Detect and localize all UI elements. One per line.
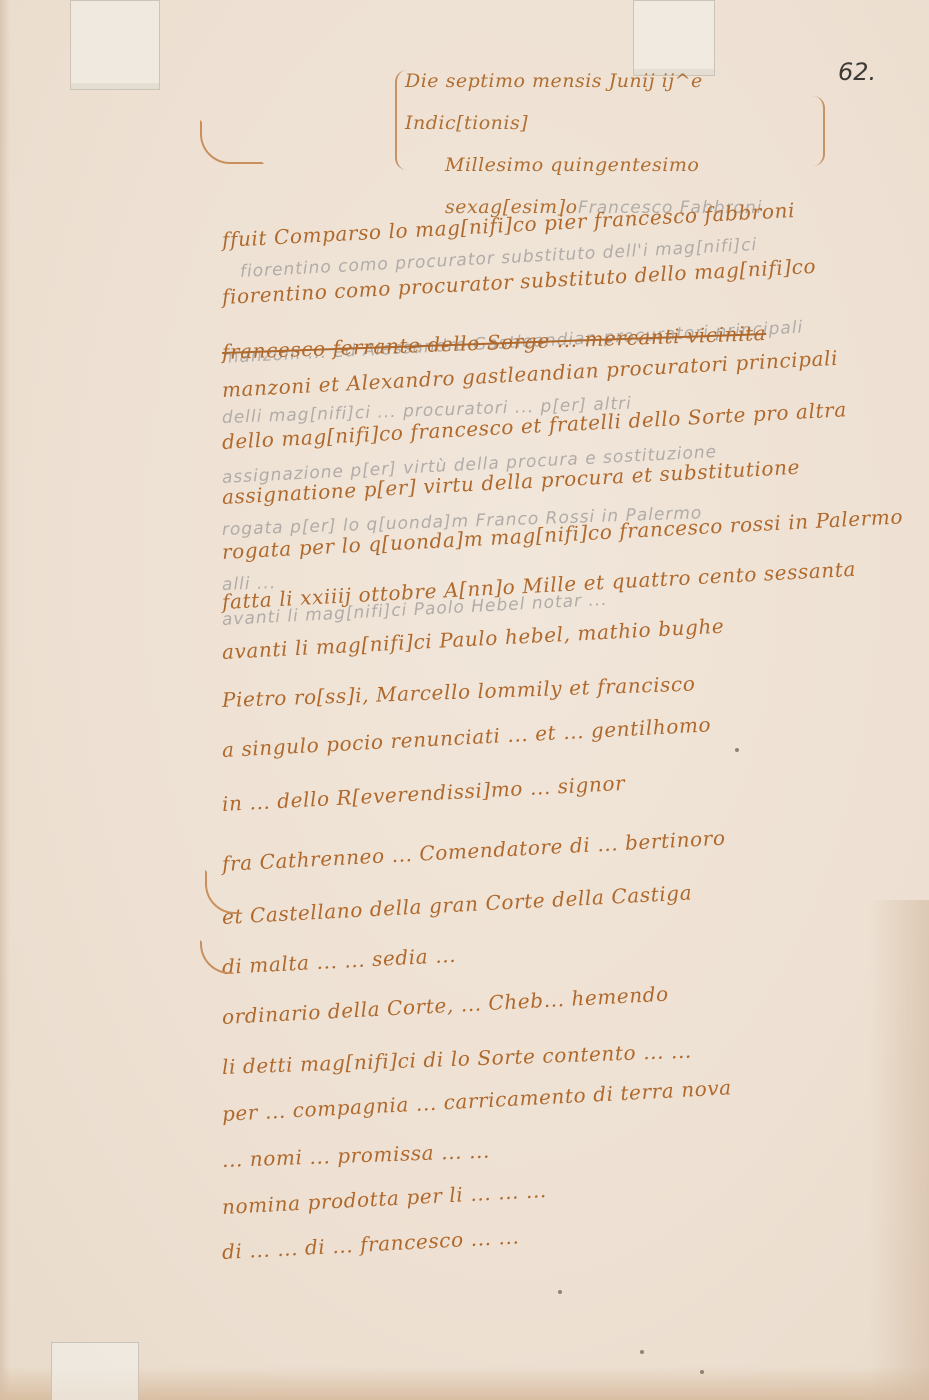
mounting-hinge-top-left (70, 0, 160, 90)
manuscript-line: li detti mag[nifi]ci di lo Sorte content… (222, 1039, 693, 1079)
manuscript-line: fra Cathrenneo ... Comendatore di ... be… (221, 826, 726, 876)
manuscript-line: et Castellano della gran Corte della Cas… (221, 880, 692, 929)
heading-bracket-left (395, 70, 411, 170)
page-bottom-stain (0, 1366, 929, 1400)
manuscript-line: ordinario della Corte, ... Cheb... hemen… (221, 982, 669, 1029)
heading-line-1: Die septimo mensis Junij ij^e Indic[tion… (405, 60, 805, 144)
manuscript-line: di ... ... di ... francesco ... ... (221, 1224, 519, 1264)
ink-flourish (205, 870, 239, 914)
manuscript-line: per ... compagnia ... carricamento di te… (221, 1075, 732, 1126)
manuscript-line: di malta ... ... sedia ... (221, 943, 456, 979)
manuscript-line: ... nomi ... promissa ... ... (222, 1139, 491, 1172)
manuscript-page: 62. Die septimo mensis Junij ij^e Indic[… (0, 0, 929, 1400)
foxing-spot (640, 1350, 644, 1354)
manuscript-line: a singulo pocio renunciati ... et ... ge… (221, 712, 711, 762)
ink-spot (735, 748, 739, 752)
heading-bracket-right (809, 96, 825, 166)
foxing-spot (700, 1370, 704, 1374)
manuscript-line: nomina prodotta per li ... ... ... (221, 1178, 547, 1219)
ink-flourish (200, 940, 234, 974)
ink-flourish (200, 120, 264, 164)
manuscript-line: in ... dello R[everendissi]mo ... signor (221, 771, 625, 816)
page-right-stain (869, 900, 929, 1400)
folio-number: 62. (838, 58, 876, 86)
manuscript-line: Pietro ro[ss]i, Marcello lommily et fran… (222, 671, 696, 712)
mounting-hinge-bottom-left (51, 1342, 139, 1400)
page-edge-shadow (0, 0, 10, 1400)
foxing-spot (558, 1290, 562, 1294)
